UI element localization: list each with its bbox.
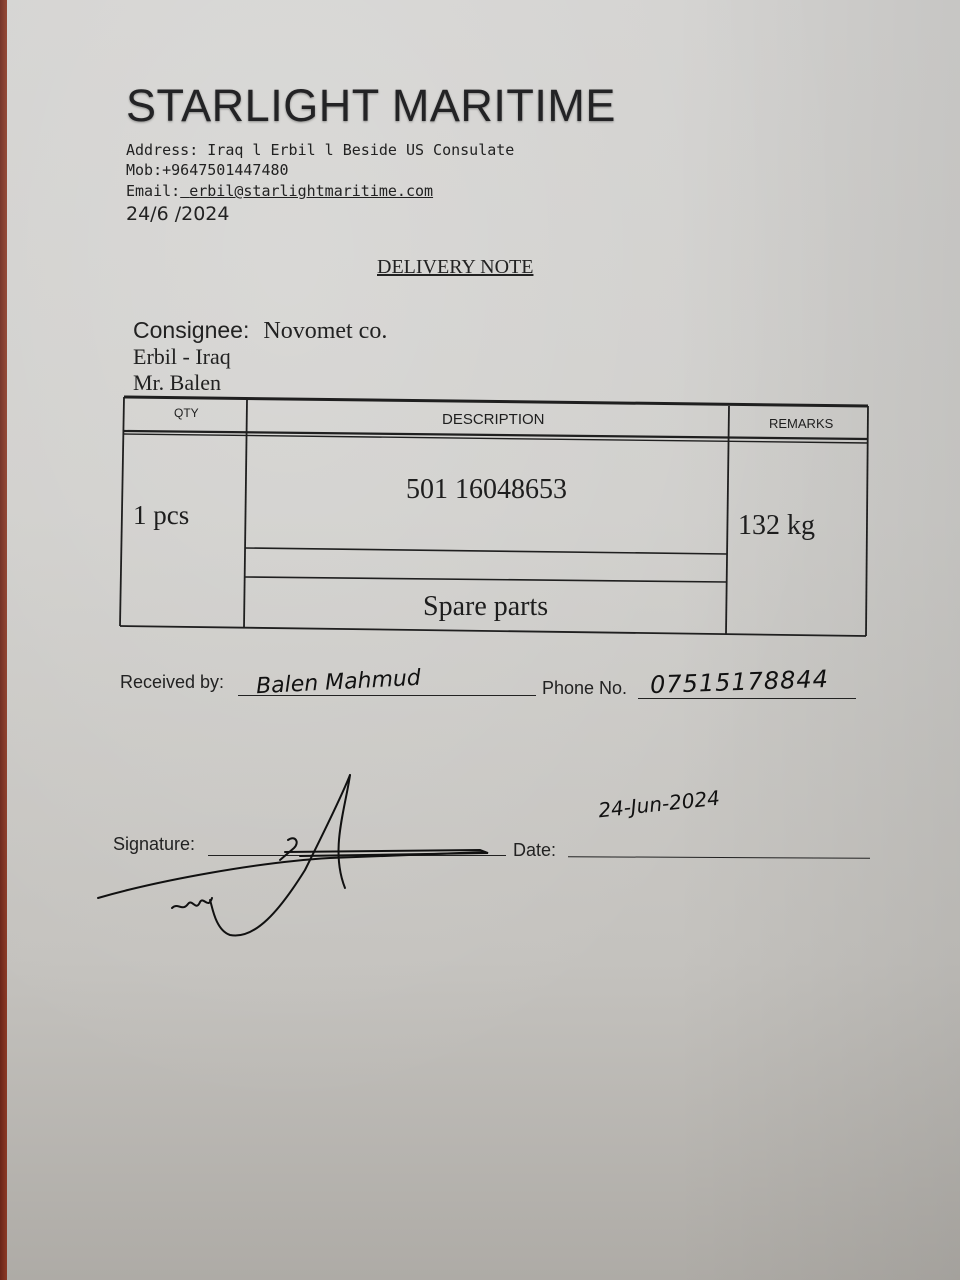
signature-scribble <box>0 0 960 1280</box>
